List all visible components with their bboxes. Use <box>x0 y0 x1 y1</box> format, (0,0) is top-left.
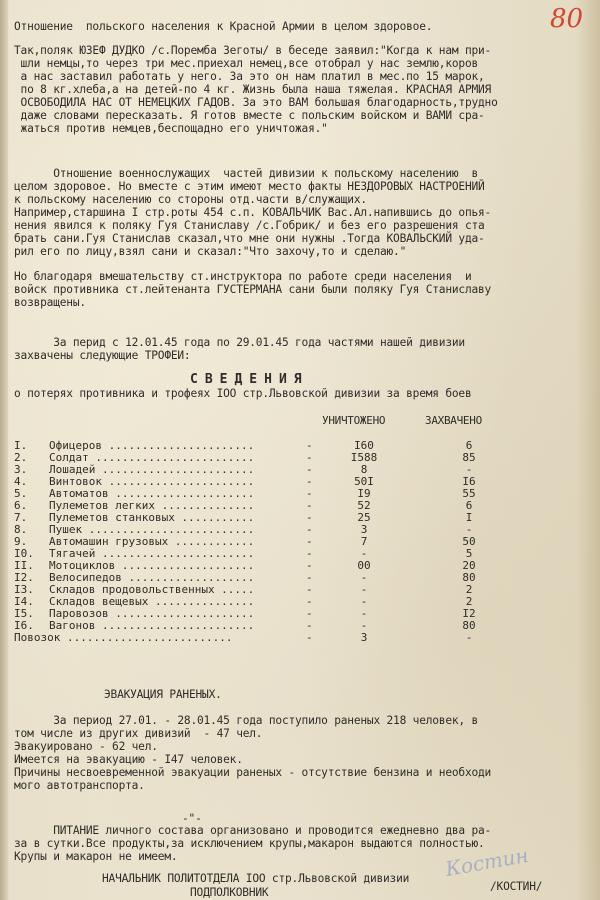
column-header-captured: ЗАХВАЧЕНО <box>425 414 482 427</box>
table-row: 7.Пулеметов станковых ...........-25I <box>14 512 534 523</box>
text-line: мого автотранспорта. <box>14 779 145 793</box>
signature-rank: ПОДПОЛКОВНИК <box>190 886 268 900</box>
report-title: СВЕДЕНИЯ <box>190 372 309 387</box>
text-line: За перид с 12.01.45 года по 29.01.45 год… <box>14 336 465 350</box>
text-line: а нас заставил работать у него. За это о… <box>14 70 485 84</box>
text-line: ОСВОБОДИЛА НАС ОТ НЕМЕЦКИХ ГАДОВ. За это… <box>14 96 498 110</box>
text-line: даже словами пересказать. Я готов вместе… <box>14 109 485 123</box>
text-line: рил его по лицу,взял сани и сказал:"Что … <box>14 245 406 259</box>
text-line: Имеется на эвакуацию - I47 человек. <box>14 753 243 767</box>
text-line: возвращены. <box>14 296 86 310</box>
evacuation-heading: ЭВАКУАЦИЯ РАНЕНЫХ. <box>104 688 222 702</box>
signature-name: /КОСТИН/ <box>490 880 542 894</box>
table-row: II.Мотоциклов ....................-0020 <box>14 560 534 571</box>
column-header-destroyed: УНИЧТОЖЕНО <box>322 414 385 427</box>
table-row: 3.Лошадей .......................-8- <box>14 464 534 475</box>
text-line: брать сани.Гуя Станислав сказал,что мне … <box>14 232 485 246</box>
text-line: Отношение военнослужащих частей дивизии … <box>14 167 478 181</box>
table-row: I3.Складов продовольственных .....--2 <box>14 584 534 595</box>
table-row: 9.Автомашин грузовых ............-750 <box>14 536 534 547</box>
text-line: захвачены следующие ТРОФЕИ: <box>14 349 190 363</box>
text-line: войск противника ст.лейтенанта ГУСТЕРМАН… <box>14 283 491 297</box>
report-subtitle: о потерях противника и трофеях IOO стр.Л… <box>14 387 471 401</box>
text-line: жаться против немцев,беспощадно его унич… <box>14 122 328 136</box>
table-row: I0.Тягачей .......................--5 <box>14 548 534 559</box>
document-page: 80 Отношение польского населения к Красн… <box>0 0 600 900</box>
text-line: за в сутки.Все продукты,за исключением к… <box>14 837 485 851</box>
intro-line: Отношение польского населения к Красной … <box>14 20 432 34</box>
page-number: 80 <box>550 4 583 34</box>
table-row: Повозок .........................-3- <box>14 632 534 643</box>
text-line: нения явился к поляку Гуя Станиславу /с.… <box>14 219 485 233</box>
text-line: За период 27.01. - 28.01.45 года поступи… <box>14 714 478 728</box>
text-line: Так,поляк ЮЗЕФ ДУДКО /с.Поремба Зеготы/ … <box>14 44 491 58</box>
signature-position: НАЧАЛЬНИК ПОЛИТОТДЕЛА IOO стр.Львовской … <box>102 872 409 886</box>
text-line: Причины несвоевременной эвакуации ранены… <box>14 766 491 780</box>
table-row: 5.Автоматов .....................-I955 <box>14 488 534 499</box>
text-line: по 8 кг.хлеба,а на детей-по 4 кг. Жизнь … <box>14 83 491 97</box>
table-row: I5.Паровозов .....................--I2 <box>14 608 534 619</box>
text-line: шли немцы,то через три мес.приехал немец… <box>14 57 478 71</box>
table-row: I4.Складов вещевых ...............--2 <box>14 596 534 607</box>
text-line: Но благодаря вмешательству ст.инструктор… <box>14 270 471 284</box>
table-row: I6.Вагонов .......................--80 <box>14 620 534 631</box>
text-line: Крупы и макарон не имеем. <box>14 850 177 864</box>
text-line: Эвакуировано - 62 чел. <box>14 740 158 754</box>
text-line: том числе из других дивизий - 47 чел. <box>14 727 262 741</box>
text-line: Например,старшина I стр.роты 454 с.п. КО… <box>14 206 491 220</box>
table-row: 6.Пулеметов легких ..............-526 <box>14 500 534 511</box>
page-fold-shadow <box>0 0 8 900</box>
table-row: I.Офицеров ......................-I606 <box>14 440 534 451</box>
text-line: ПИТАНИЕ личного состава организовано и п… <box>14 824 491 838</box>
table-row: 8.Пушек .........................-3- <box>14 524 534 535</box>
table-row: 2.Солдат ........................-I58885 <box>14 452 534 463</box>
text-line: к польскому населению со стороны отд.час… <box>14 193 367 207</box>
table-row: I2.Велосипедов ...................--80 <box>14 572 534 583</box>
table-row: 4.Винтовок ......................-50II6 <box>14 476 534 487</box>
text-line: целом здоровое. Но вместе с этим имеют м… <box>14 180 485 194</box>
